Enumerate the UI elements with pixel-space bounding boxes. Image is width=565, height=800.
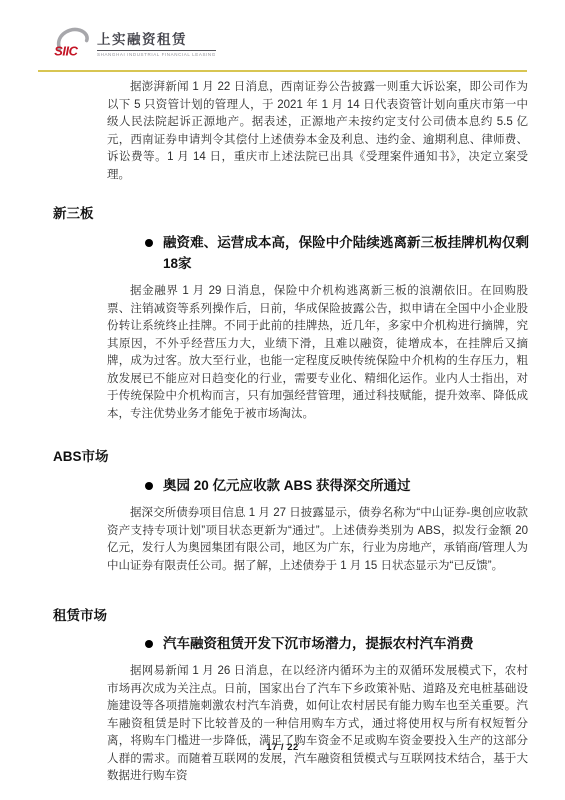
company-name-en: SHANGHAI INDUSTRIAL FINANCIAL LEASING	[97, 52, 216, 57]
item-headline: 融资难、运营成本高，保险中介陆续逃离新三板挂牌机构仅剩18家	[163, 232, 529, 274]
document-page: SIIC 上实融资租赁 SHANGHAI INDUSTRIAL FINANCIA…	[0, 0, 565, 800]
section-heading-leasing-market: 租赁市场	[53, 608, 565, 624]
company-logo: SIIC 上实融资租赁 SHANGHAI INDUSTRIAL FINANCIA…	[54, 25, 216, 57]
page-number: 17 / 22	[0, 742, 565, 753]
header-rule	[38, 70, 527, 72]
bullet-item: 汽车融资租赁开发下沉市场潜力，提振农村汽车消费	[145, 633, 529, 654]
company-name-cn: 上实融资租赁	[97, 32, 216, 51]
siic-logo-icon: SIIC	[54, 25, 90, 57]
intro-paragraph: 据澎湃新闻 1 月 22 日消息，西南证券公告披露一则重大诉讼案，即公司作为以下…	[107, 79, 528, 184]
logo-siic-text: SIIC	[54, 44, 78, 57]
item-headline: 汽车融资租赁开发下沉市场潜力，提振农村汽车消费	[163, 633, 474, 654]
logo-wordmark: 上实融资租赁 SHANGHAI INDUSTRIAL FINANCIAL LEA…	[97, 32, 216, 57]
bullet-item: 奥园 20 亿元应收款 ABS 获得深交所通过	[145, 475, 529, 496]
item-body: 据深交所债券项目信息 1 月 27 日披露显示，债券名称为“中山证券-奥创应收款…	[107, 505, 528, 575]
item-body: 据网易新闻 1 月 26 日消息，在以经济内循环为主的双循环发展模式下，农村市场…	[107, 663, 528, 786]
bullet-icon	[145, 640, 153, 648]
section-heading-abs-market: ABS市场	[53, 449, 565, 465]
bullet-item: 融资难、运营成本高，保险中介陆续逃离新三板挂牌机构仅剩18家	[145, 232, 529, 274]
item-headline: 奥园 20 亿元应收款 ABS 获得深交所通过	[163, 475, 411, 496]
page-content: 据澎湃新闻 1 月 22 日消息，西南证券公告披露一则重大诉讼案，即公司作为以下…	[0, 79, 565, 786]
item-body: 据金融界 1 月 29 日消息，保险中介机构逃离新三板的浪潮依旧。在回购股票、注…	[107, 283, 528, 423]
section-heading-new-third-board: 新三板	[53, 206, 565, 222]
bullet-icon	[145, 482, 153, 490]
bullet-icon	[145, 239, 153, 247]
